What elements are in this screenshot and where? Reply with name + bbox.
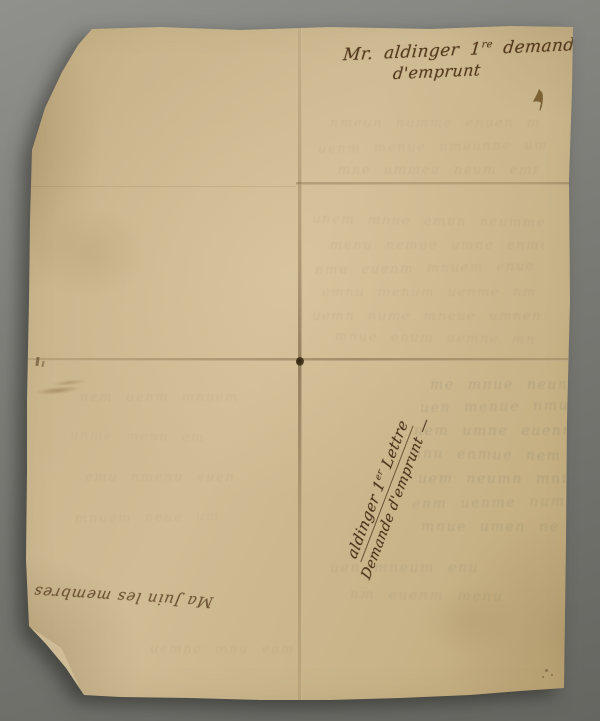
ghost-text-line: menu nemue umne enmu [330,238,545,253]
ghost-text-line: nm euenm menu [350,586,540,605]
ghost-text-line: nem uenm mnuem [80,390,280,405]
manuscript-photo: nmeun numme enuen mmeu uenm menue nmeunn… [0,0,600,721]
ghost-text-line: me mnue neum [430,377,565,393]
annotation-top-right: Mr. aldinger 1re demande d'emprunt [340,35,586,86]
bottom-left-corner-flap [25,620,91,702]
ghost-text-line: nmu euenm mnuem enue [315,259,550,278]
ghost-text-line: emnu menum uenme nm [322,285,547,300]
ghost-text-line: uemn nume mneue umnen [312,309,552,324]
ghost-text-line: mnue umen ne [421,519,566,535]
annotation-bottom-left-upside-down: Ma Juin les membres [12,581,233,612]
speck [545,669,548,672]
ghost-text-line: uemne mnu enm [150,642,390,657]
ink-tick-mark [35,357,39,366]
paper-shadow: nmeun numme enuen mmeu uenm menue nmeunn… [0,0,600,721]
ghost-text-line: mnuem neue um [75,508,280,527]
ghost-text-line: uen menue nmu [420,398,568,417]
ghost-text-line: uem neumn mnu [418,471,568,487]
speck [542,676,544,678]
ghost-text-line: uenm menue nmeunne um [318,138,548,157]
ghost-text-line: nmeun numme enuen mmeu [330,116,540,131]
ink-blot [530,87,547,114]
speck [551,674,553,676]
ink-tick-mark [41,361,44,367]
pinhole [296,357,304,366]
horizontal-upper-fold-crease-left [31,186,296,187]
ghost-text-line: mnu enmue nem u [408,446,568,465]
paper-sheet: nmeun numme enuen mmeu uenm menue nmeunn… [0,0,600,721]
ghost-text-line: mne ummeu neum emnue [338,163,538,178]
ghost-text-line: mnue enum uemne mn [335,329,535,347]
ghost-text-line: unme menu em [70,428,280,447]
ghost-text-line: emu nmenu euen [85,470,280,485]
horizontal-upper-fold-crease-right [296,182,569,185]
vertical-fold-crease [298,28,302,700]
ghost-text-line: enm uenme num [412,494,568,513]
horizontal-middle-fold-crease [27,358,568,361]
ghost-text-line: nem umne euenm [414,423,569,439]
ghost-text-line: unem mnue emun neumme [312,212,557,231]
bottom-left-corner-crease [25,624,84,698]
